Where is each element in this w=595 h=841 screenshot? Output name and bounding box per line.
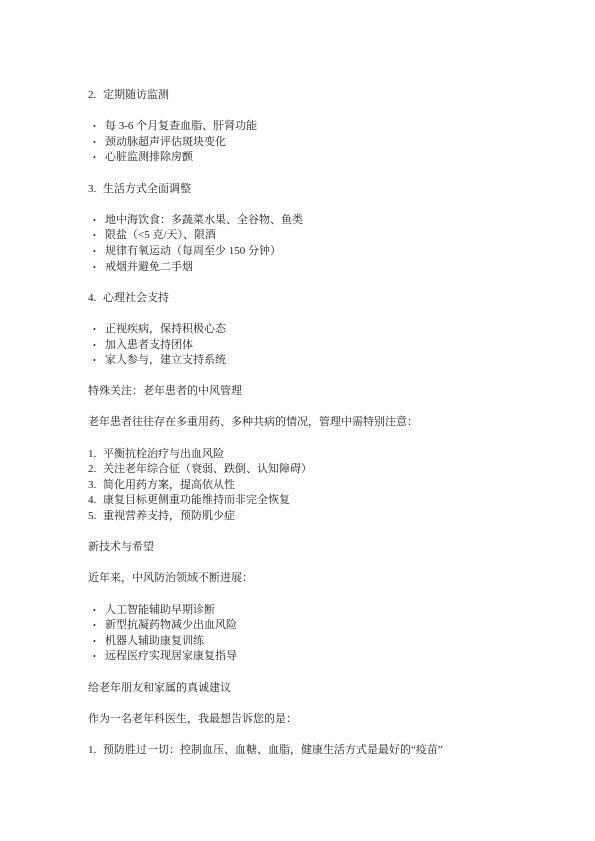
bullet-item-text: 限盐（<5 克/天）、限酒 <box>105 228 528 244</box>
numbered-heading-row: 3.生活方式全面调整 <box>88 182 528 198</box>
bullet-icon: • <box>93 618 105 634</box>
bullet-list-item: •限盐（<5 克/天）、限酒 <box>88 228 528 244</box>
paragraph: 特殊关注：老年患者的中风管理 <box>88 384 528 400</box>
bullet-icon: • <box>93 119 105 135</box>
bullet-list-item: •人工智能辅助早期诊断 <box>88 603 528 619</box>
bullet-list: •每 3-6 个月复查血脂、肝肾功能•颈动脉超声评估斑块变化•心脏监测排除房颤 <box>88 119 528 166</box>
numbered-heading-row: 2.定期随访监测 <box>88 88 528 104</box>
heading-text: 心理社会支持 <box>103 291 528 307</box>
heading-text: 定期随访监测 <box>103 88 528 104</box>
bullet-list-item: •家人参与，建立支持系统 <box>88 353 528 369</box>
heading-text: 生活方式全面调整 <box>103 182 528 198</box>
document-content: 2.定期随访监测•每 3-6 个月复查血脂、肝肾功能•颈动脉超声评估斑块变化•心… <box>88 88 528 759</box>
bullet-icon: • <box>93 603 105 619</box>
numbered-heading: 2.定期随访监测 <box>88 88 528 104</box>
numbered-list-item: 5.重视营养支持，预防肌少症 <box>88 509 528 525</box>
document-page: 2.定期随访监测•每 3-6 个月复查血脂、肝肾功能•颈动脉超声评估斑块变化•心… <box>0 0 595 841</box>
list-number: 2. <box>88 462 103 478</box>
list-number: 3. <box>88 478 103 494</box>
bullet-list-item: •心脏监测排除房颤 <box>88 150 528 166</box>
list-number: 1. <box>88 447 103 463</box>
list-number: 3. <box>88 182 103 198</box>
bullet-item-text: 人工智能辅助早期诊断 <box>105 603 528 619</box>
bullet-list-item: •戒烟并避免二手烟 <box>88 260 528 276</box>
bullet-item-text: 心脏监测排除房颤 <box>105 150 528 166</box>
bullet-list-item: •正视疾病，保持积极心态 <box>88 322 528 338</box>
bullet-item-text: 规律有氧运动（每周至少 150 分钟） <box>105 244 528 260</box>
bullet-list-item: •规律有氧运动（每周至少 150 分钟） <box>88 244 528 260</box>
bullet-icon: • <box>93 634 105 650</box>
paragraph: 老年患者往往存在多重用药、多种共病的情况，管理中需特别注意： <box>88 415 528 431</box>
paragraph: 给老年朋友和家属的真诚建议 <box>88 681 528 697</box>
bullet-icon: • <box>93 244 105 260</box>
numbered-item-text: 预防胜过一切：控制血压、血糖、血脂，健康生活方式是最好的“疫苗” <box>103 743 528 759</box>
bullet-item-text: 戒烟并避免二手烟 <box>105 260 528 276</box>
bullet-item-text: 加入患者支持团体 <box>105 338 528 354</box>
bullet-list-item: •每 3-6 个月复查血脂、肝肾功能 <box>88 119 528 135</box>
bullet-item-text: 每 3-6 个月复查血脂、肝肾功能 <box>105 119 528 135</box>
bullet-item-text: 远程医疗实现居家康复指导 <box>105 649 528 665</box>
bullet-icon: • <box>93 338 105 354</box>
bullet-list-item: •地中海饮食：多蔬菜水果、全谷物、鱼类 <box>88 213 528 229</box>
bullet-item-text: 家人参与，建立支持系统 <box>105 353 528 369</box>
bullet-list-item: •远程医疗实现居家康复指导 <box>88 649 528 665</box>
list-number: 1. <box>88 743 103 759</box>
list-number: 4. <box>88 291 103 307</box>
numbered-heading: 4.心理社会支持 <box>88 291 528 307</box>
bullet-list: •人工智能辅助早期诊断•新型抗凝药物减少出血风险•机器人辅助康复训练•远程医疗实… <box>88 603 528 665</box>
numbered-list: 1.平衡抗栓治疗与出血风险2.关注老年综合征（衰弱、跌倒、认知障碍）3.简化用药… <box>88 447 528 525</box>
bullet-item-text: 地中海饮食：多蔬菜水果、全谷物、鱼类 <box>105 213 528 229</box>
bullet-list-item: •机器人辅助康复训练 <box>88 634 528 650</box>
paragraph: 新技术与希望 <box>88 540 528 556</box>
bullet-item-text: 正视疾病，保持积极心态 <box>105 322 528 338</box>
bullet-icon: • <box>93 353 105 369</box>
paragraph: 作为一名老年科医生，我最想告诉您的是： <box>88 712 528 728</box>
bullet-list-item: •新型抗凝药物减少出血风险 <box>88 618 528 634</box>
numbered-list: 1.预防胜过一切：控制血压、血糖、血脂，健康生活方式是最好的“疫苗” <box>88 743 528 759</box>
numbered-item-text: 关注老年综合征（衰弱、跌倒、认知障碍） <box>103 462 528 478</box>
paragraph: 近年来，中风防治领域不断进展： <box>88 571 528 587</box>
bullet-list: •正视疾病，保持积极心态•加入患者支持团体•家人参与，建立支持系统 <box>88 322 528 369</box>
numbered-list-item: 1.平衡抗栓治疗与出血风险 <box>88 447 528 463</box>
numbered-heading: 3.生活方式全面调整 <box>88 182 528 198</box>
bullet-icon: • <box>93 135 105 151</box>
bullet-icon: • <box>93 228 105 244</box>
numbered-item-text: 重视营养支持，预防肌少症 <box>103 509 528 525</box>
list-number: 2. <box>88 88 103 104</box>
numbered-list-item: 4.康复目标更侧重功能维持而非完全恢复 <box>88 493 528 509</box>
numbered-item-text: 简化用药方案，提高依从性 <box>103 478 528 494</box>
numbered-item-text: 康复目标更侧重功能维持而非完全恢复 <box>103 493 528 509</box>
bullet-icon: • <box>93 260 105 276</box>
bullet-item-text: 颈动脉超声评估斑块变化 <box>105 135 528 151</box>
bullet-list-item: •加入患者支持团体 <box>88 338 528 354</box>
list-number: 5. <box>88 509 103 525</box>
bullet-item-text: 机器人辅助康复训练 <box>105 634 528 650</box>
bullet-item-text: 新型抗凝药物减少出血风险 <box>105 618 528 634</box>
bullet-icon: • <box>93 322 105 338</box>
numbered-list-item: 2.关注老年综合征（衰弱、跌倒、认知障碍） <box>88 462 528 478</box>
bullet-icon: • <box>93 150 105 166</box>
numbered-item-text: 平衡抗栓治疗与出血风险 <box>103 447 528 463</box>
numbered-list-item: 3.简化用药方案，提高依从性 <box>88 478 528 494</box>
list-number: 4. <box>88 493 103 509</box>
bullet-icon: • <box>93 213 105 229</box>
bullet-list-item: •颈动脉超声评估斑块变化 <box>88 135 528 151</box>
numbered-list-item: 1.预防胜过一切：控制血压、血糖、血脂，健康生活方式是最好的“疫苗” <box>88 743 528 759</box>
bullet-icon: • <box>93 649 105 665</box>
numbered-heading-row: 4.心理社会支持 <box>88 291 528 307</box>
bullet-list: •地中海饮食：多蔬菜水果、全谷物、鱼类•限盐（<5 克/天）、限酒•规律有氧运动… <box>88 213 528 275</box>
